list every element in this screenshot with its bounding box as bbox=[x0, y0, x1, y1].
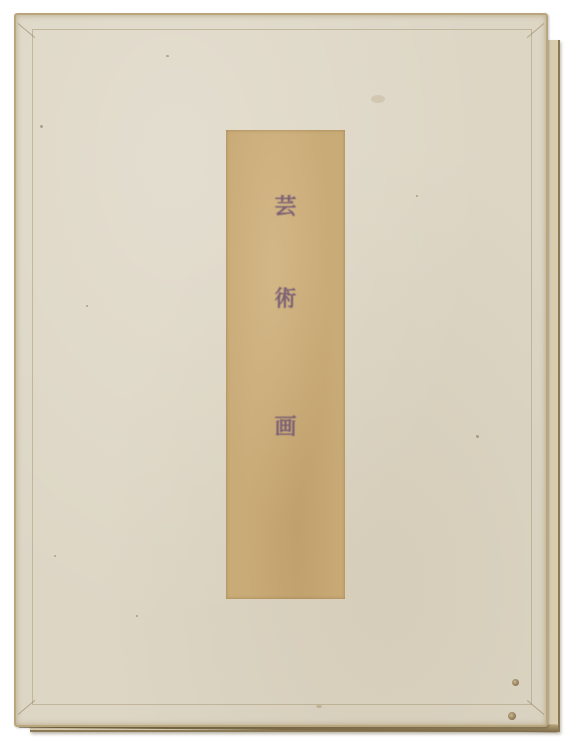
label-character-3: 画 bbox=[226, 410, 345, 441]
label-character-1: 芸 bbox=[226, 190, 345, 221]
stain-spot bbox=[371, 95, 385, 103]
corner-fold-bottom-left bbox=[18, 700, 35, 715]
stain-spot bbox=[40, 125, 43, 128]
stain-spot bbox=[86, 305, 88, 307]
title-label: 芸 術 画 bbox=[226, 130, 345, 599]
stain-spot bbox=[166, 55, 169, 57]
stain-spot bbox=[476, 435, 479, 438]
rivet bbox=[508, 712, 516, 720]
stain-spot bbox=[54, 555, 56, 557]
photo-scene: 芸 術 画 bbox=[0, 0, 570, 750]
stain-spot bbox=[416, 195, 418, 197]
stain-spot bbox=[316, 705, 322, 708]
book-cover: 芸 術 画 bbox=[14, 13, 548, 727]
stain-spot bbox=[136, 615, 138, 617]
label-character-2: 術 bbox=[226, 282, 345, 313]
rivet bbox=[512, 679, 519, 686]
corner-fold-bottom-right bbox=[527, 700, 544, 715]
